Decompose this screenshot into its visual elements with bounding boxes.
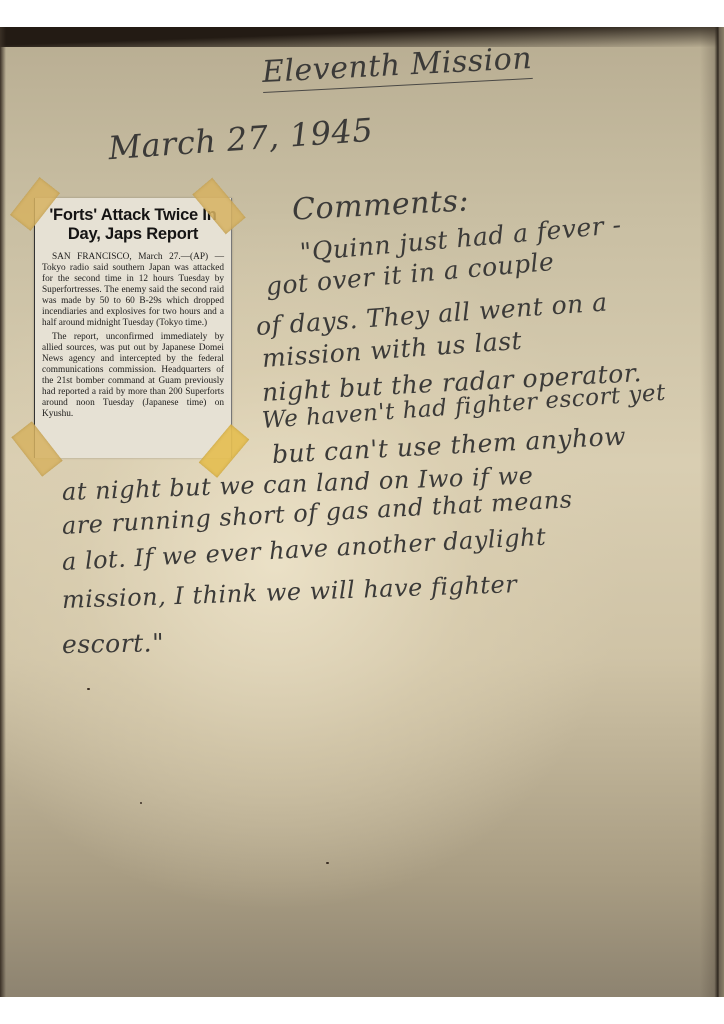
clipping-paragraph: SAN FRANCISCO, March 27.—(AP) —Tokyo rad…: [42, 252, 224, 329]
clipping-paragraph: The report, unconfirmed immediately by a…: [42, 332, 224, 420]
newspaper-clipping: 'Forts' Attack Twice In Day, Japs Report…: [34, 198, 232, 458]
paper-speck: [140, 802, 142, 804]
page-left-edge-shadow: [0, 27, 6, 997]
book-spine-edge: [700, 27, 724, 997]
paper-speck: [87, 688, 90, 690]
clipping-headline: 'Forts' Attack Twice In Day, Japs Report: [42, 206, 224, 244]
comment-line: escort.": [62, 628, 165, 659]
paper-speck: [326, 862, 329, 864]
clipping-body: SAN FRANCISCO, March 27.—(AP) —Tokyo rad…: [42, 252, 224, 420]
